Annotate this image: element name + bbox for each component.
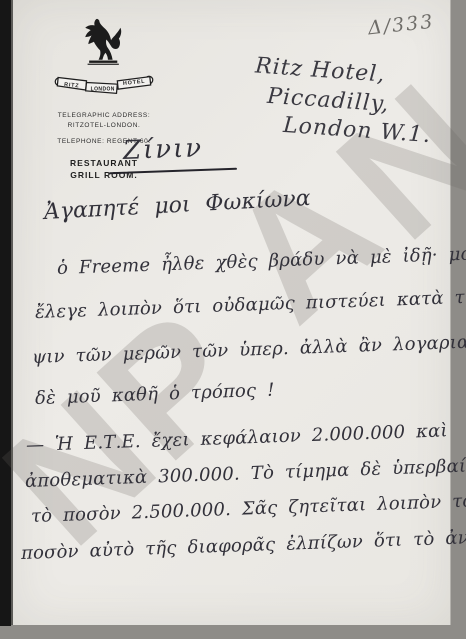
rampant-lion-icon [41, 12, 167, 70]
body-line: ἔλεγε λοιπὸν ὅτι οὐδαμῶς πιστεύει κατὰ τ… [35, 283, 466, 323]
document-scan: Ν Ρ Α Ν [0, 0, 466, 639]
ribbon-text-left: RITZ [64, 82, 80, 90]
scan-edge-strip [0, 0, 11, 626]
catalog-number: Δ/333 [367, 11, 435, 40]
crest-ribbon: RITZ LONDON HOTEL [41, 71, 167, 104]
telegraphic-address-value: RITZOTEL-LONDON. [41, 122, 167, 129]
script-address-line: Ritz Hotel, [254, 53, 386, 87]
letter-paper: Ν Ρ Α Ν [11, 0, 451, 625]
telegraphic-address-label: TELEGRAPHIC ADDRESS: [41, 112, 167, 119]
heading-word: Ζίνιν [122, 133, 203, 166]
ribbon-text-center: LONDON [91, 86, 115, 92]
